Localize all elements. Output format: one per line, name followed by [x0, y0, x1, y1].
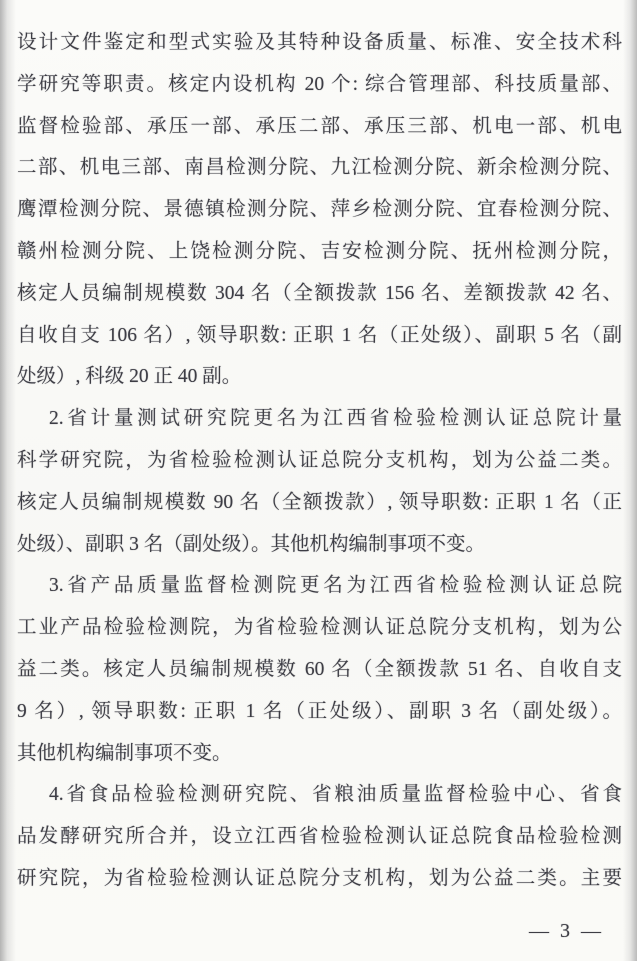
text-line: 品发酵研究所合并，设立江西省检验检测认证总院食品检验检测: [17, 816, 622, 858]
document-text: 设计文件鉴定和型式实验及其特种设备质量、标准、安全技术科学研究等职责。核定内设机…: [17, 22, 622, 900]
paragraph: 4.省食品检验检测研究院、省粮油质量监督检验中心、省食品发酵研究所合并，设立江西…: [17, 774, 622, 899]
paragraph: 设计文件鉴定和型式实验及其特种设备质量、标准、安全技术科学研究等职责。核定内设机…: [17, 22, 622, 398]
text-line: 设计文件鉴定和型式实验及其特种设备质量、标准、安全技术科: [17, 22, 622, 64]
paragraph: 3.省产品质量监督检测院更名为江西省检验检测认证总院工业产品检验检测院，为省检验…: [17, 565, 622, 774]
text-line: 核定人员编制规模数 90 名（全额拨款）, 领导职数: 正职 1 名（正: [17, 482, 622, 524]
document-page: 设计文件鉴定和型式实验及其特种设备质量、标准、安全技术科学研究等职责。核定内设机…: [0, 0, 637, 961]
page-number: — 3 —: [0, 916, 604, 946]
text-line: 鹰潭检测分院、景德镇检测分院、萍乡检测分院、宜春检测分院、: [17, 189, 622, 231]
text-line: 学研究等职责。核定内设机构 20 个: 综合管理部、科技质量部、: [17, 64, 622, 106]
paragraph: 2.省计量测试研究院更名为江西省检验检测认证总院计量科学研究院，为省检验检测认证…: [17, 398, 622, 565]
scan-edge-shadow-right: [623, 0, 637, 961]
text-line: 2.省计量测试研究院更名为江西省检验检测认证总院计量: [17, 398, 622, 440]
text-line: 益二类。核定人员编制规模数 60 名（全额拨款 51 名、自收自支: [17, 649, 622, 691]
text-line: 科学研究院，为省检验检测认证总院分支机构，划为公益二类。: [17, 440, 622, 482]
text-line: 9 名）, 领导职数: 正职 1 名（正处级）、副职 3 名（副处级）。: [17, 691, 622, 733]
text-line: 3.省产品质量监督检测院更名为江西省检验检测认证总院: [17, 565, 622, 607]
text-line: 核定人员编制规模数 304 名（全额拨款 156 名、差额拨款 42 名、: [17, 273, 622, 315]
text-line: 处级）, 科级 20 正 40 副。: [17, 356, 622, 398]
scan-edge-shadow-left: [0, 0, 16, 961]
text-line: 自收自支 106 名）, 领导职数: 正职 1 名（正处级）、副职 5 名（副: [17, 315, 622, 357]
text-line: 研究院，为省检验检测认证总院分支机构，划为公益二类。主要: [17, 858, 622, 900]
text-line: 4.省食品检验检测研究院、省粮油质量监督检验中心、省食: [17, 774, 622, 816]
text-line: 处级）、副职 3 名（副处级）。其他机构编制事项不变。: [17, 524, 622, 566]
text-line: 二部、机电三部、南昌检测分院、九江检测分院、新余检测分院、: [17, 147, 622, 189]
text-line: 监督检验部、承压一部、承压二部、承压三部、机电一部、机电: [17, 106, 622, 148]
text-line: 工业产品检验检测院，为省检验检测认证总院分支机构，划为公: [17, 607, 622, 649]
text-line: 其他机构编制事项不变。: [17, 733, 622, 775]
text-line: 赣州检测分院、上饶检测分院、吉安检测分院、抚州检测分院，: [17, 231, 622, 273]
